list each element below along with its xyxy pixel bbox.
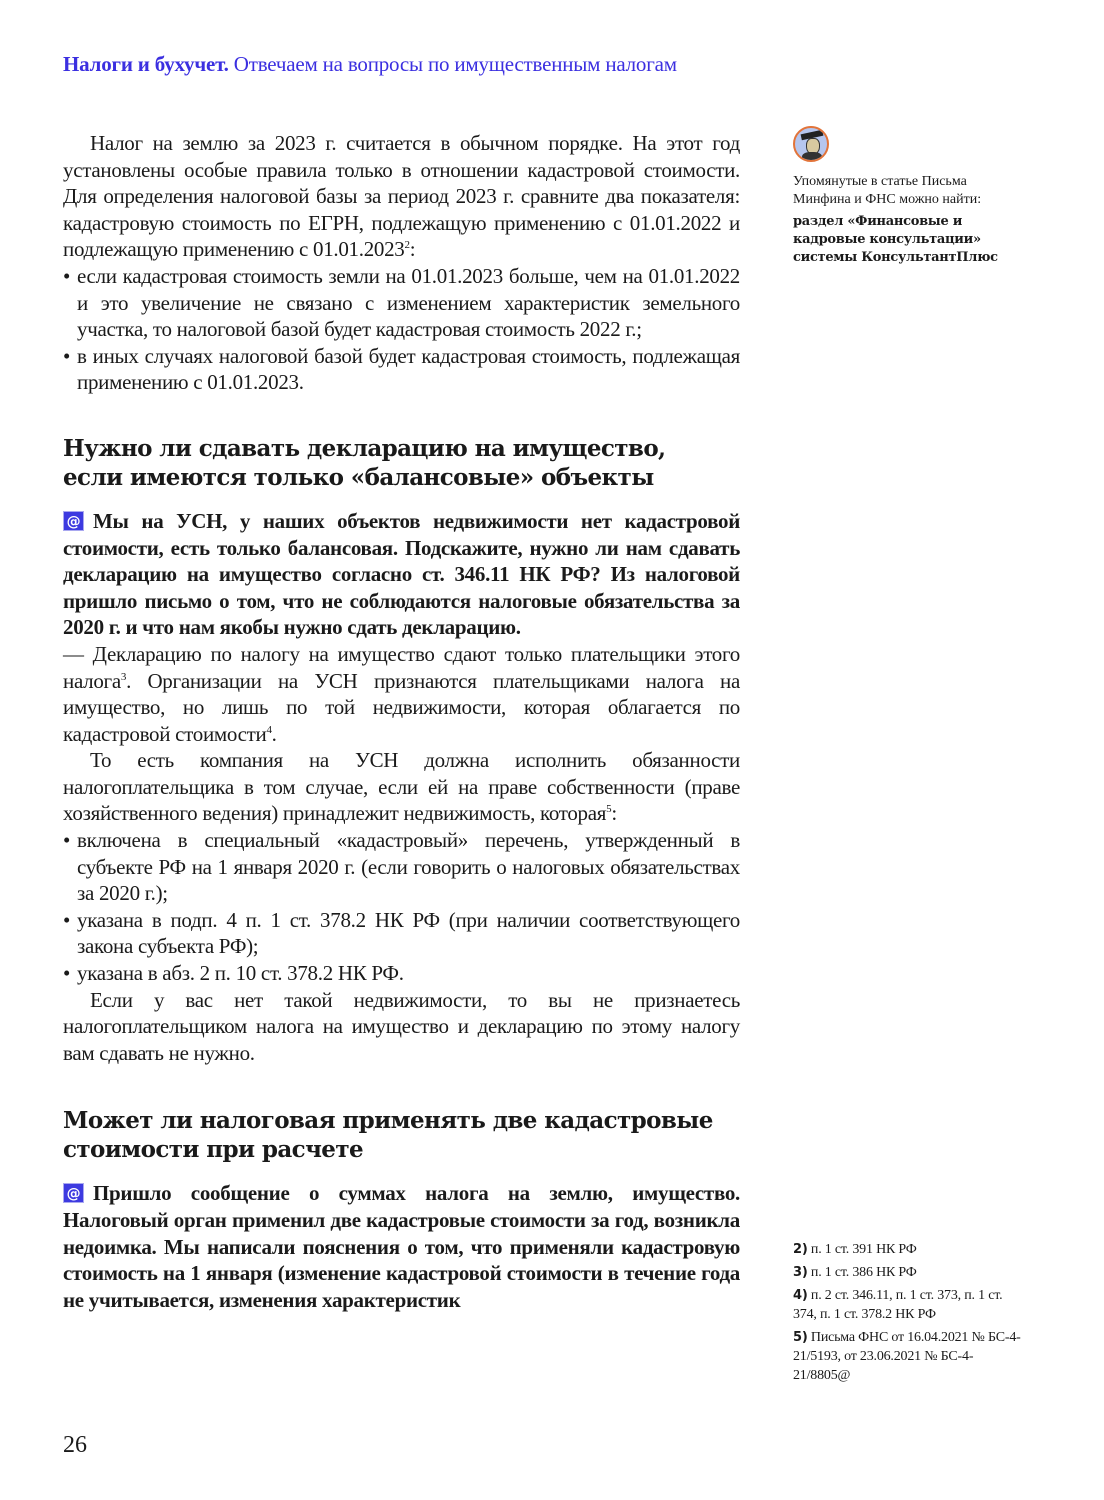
avatar-body xyxy=(802,152,822,162)
header-section: Налоги и бухучет. xyxy=(63,52,229,76)
section1-heading: Нужно ли сдавать декларацию на имущество… xyxy=(63,434,740,492)
footnote-text: п. 1 ст. 386 НК РФ xyxy=(811,1265,917,1280)
footnote: 3) п. 1 ст. 386 НК РФ xyxy=(793,1263,1023,1282)
section1-paragraph: То есть компания на УСН должна исполнить… xyxy=(63,747,740,827)
footnote-text: Письма ФНС от 16.04.2021 № БС-4-21/5193,… xyxy=(793,1330,1021,1383)
running-header: Налоги и бухучет. Отвечаем на вопросы по… xyxy=(63,52,677,77)
paragraph-text: То есть компания на УСН должна исполнить… xyxy=(63,748,740,825)
footnote-text: п. 1 ст. 391 НК РФ xyxy=(811,1242,917,1257)
main-column: Налог на землю за 2023 г. считается в об… xyxy=(63,130,740,1313)
section1-question: @Мы на УСН, у наших объектов недвижимост… xyxy=(63,508,740,641)
footnote: 5) Письма ФНС от 16.04.2021 № БС-4-21/51… xyxy=(793,1328,1023,1385)
footnote-text: п. 2 ст. 346.11, п. 1 ст. 373, п. 1 ст. … xyxy=(793,1288,1002,1322)
section1-bullet: указана в абз. 2 п. 10 ст. 378.2 НК РФ. xyxy=(63,960,740,987)
footnotes: 2) п. 1 ст. 391 НК РФ 3) п. 1 ст. 386 НК… xyxy=(793,1240,1023,1389)
consultant-avatar-icon xyxy=(793,126,829,162)
section2-heading: Может ли налоговая применять две кадастр… xyxy=(63,1106,740,1164)
question-text: Мы на УСН, у наших объектов недвижимости… xyxy=(63,509,740,639)
at-sign-icon: @ xyxy=(63,1183,84,1203)
section2-question: @Пришло сообщение о суммах налога на зем… xyxy=(63,1180,740,1313)
intro-text: Налог на землю за 2023 г. считается в об… xyxy=(63,131,740,261)
intro-end: : xyxy=(410,237,416,261)
sidebar-note-text: Упомянутые в статье Письма Минфина и ФНС… xyxy=(793,173,1023,209)
heading-line: Нужно ли сдавать декларацию на имущество… xyxy=(63,435,665,462)
footnote-number: 2) xyxy=(793,1242,808,1257)
footnote-number: 4) xyxy=(793,1288,808,1303)
question-text: Пришло сообщение о суммах налога на земл… xyxy=(63,1181,740,1311)
footnote: 2) п. 1 ст. 391 НК РФ xyxy=(793,1240,1023,1259)
answer-text: . Организации на УСН признаются плательщ… xyxy=(63,669,740,746)
footnote-number: 3) xyxy=(793,1265,808,1280)
section1-conclusion: Если у вас нет такой недвижимости, то вы… xyxy=(63,987,740,1067)
header-title: Отвечаем на вопросы по имущественным нал… xyxy=(234,52,677,76)
heading-line: если имеются только «балансовые» объекты xyxy=(63,464,654,491)
footnote: 4) п. 2 ст. 346.11, п. 1 ст. 373, п. 1 с… xyxy=(793,1286,1023,1324)
page-number: 26 xyxy=(63,1432,87,1459)
sidebar-note: Упомянутые в статье Письма Минфина и ФНС… xyxy=(793,173,1023,267)
answer-text: . xyxy=(272,722,277,746)
intro-paragraph: Налог на землю за 2023 г. считается в об… xyxy=(63,130,740,263)
heading-line: Может ли налоговая применять две кадастр… xyxy=(63,1107,713,1134)
at-sign-icon: @ xyxy=(63,511,84,531)
footnote-number: 5) xyxy=(793,1330,808,1345)
section1-answer: — Декларацию по налогу на имущество сдаю… xyxy=(63,641,740,747)
intro-bullet: если кадастровая стоимость земли на 01.0… xyxy=(63,263,740,343)
section1-bullet: включена в специальный «кадастровый» пер… xyxy=(63,827,740,907)
intro-bullet: в иных случаях налоговой базой будет кад… xyxy=(63,343,740,396)
paragraph-end: : xyxy=(611,801,617,825)
section1-bullet: указана в подп. 4 п. 1 ст. 378.2 НК РФ (… xyxy=(63,907,740,960)
heading-line: стоимости при расчете xyxy=(63,1136,363,1163)
sidebar-note-bold: раздел «Финансовые и кадровые консультац… xyxy=(793,213,1023,267)
